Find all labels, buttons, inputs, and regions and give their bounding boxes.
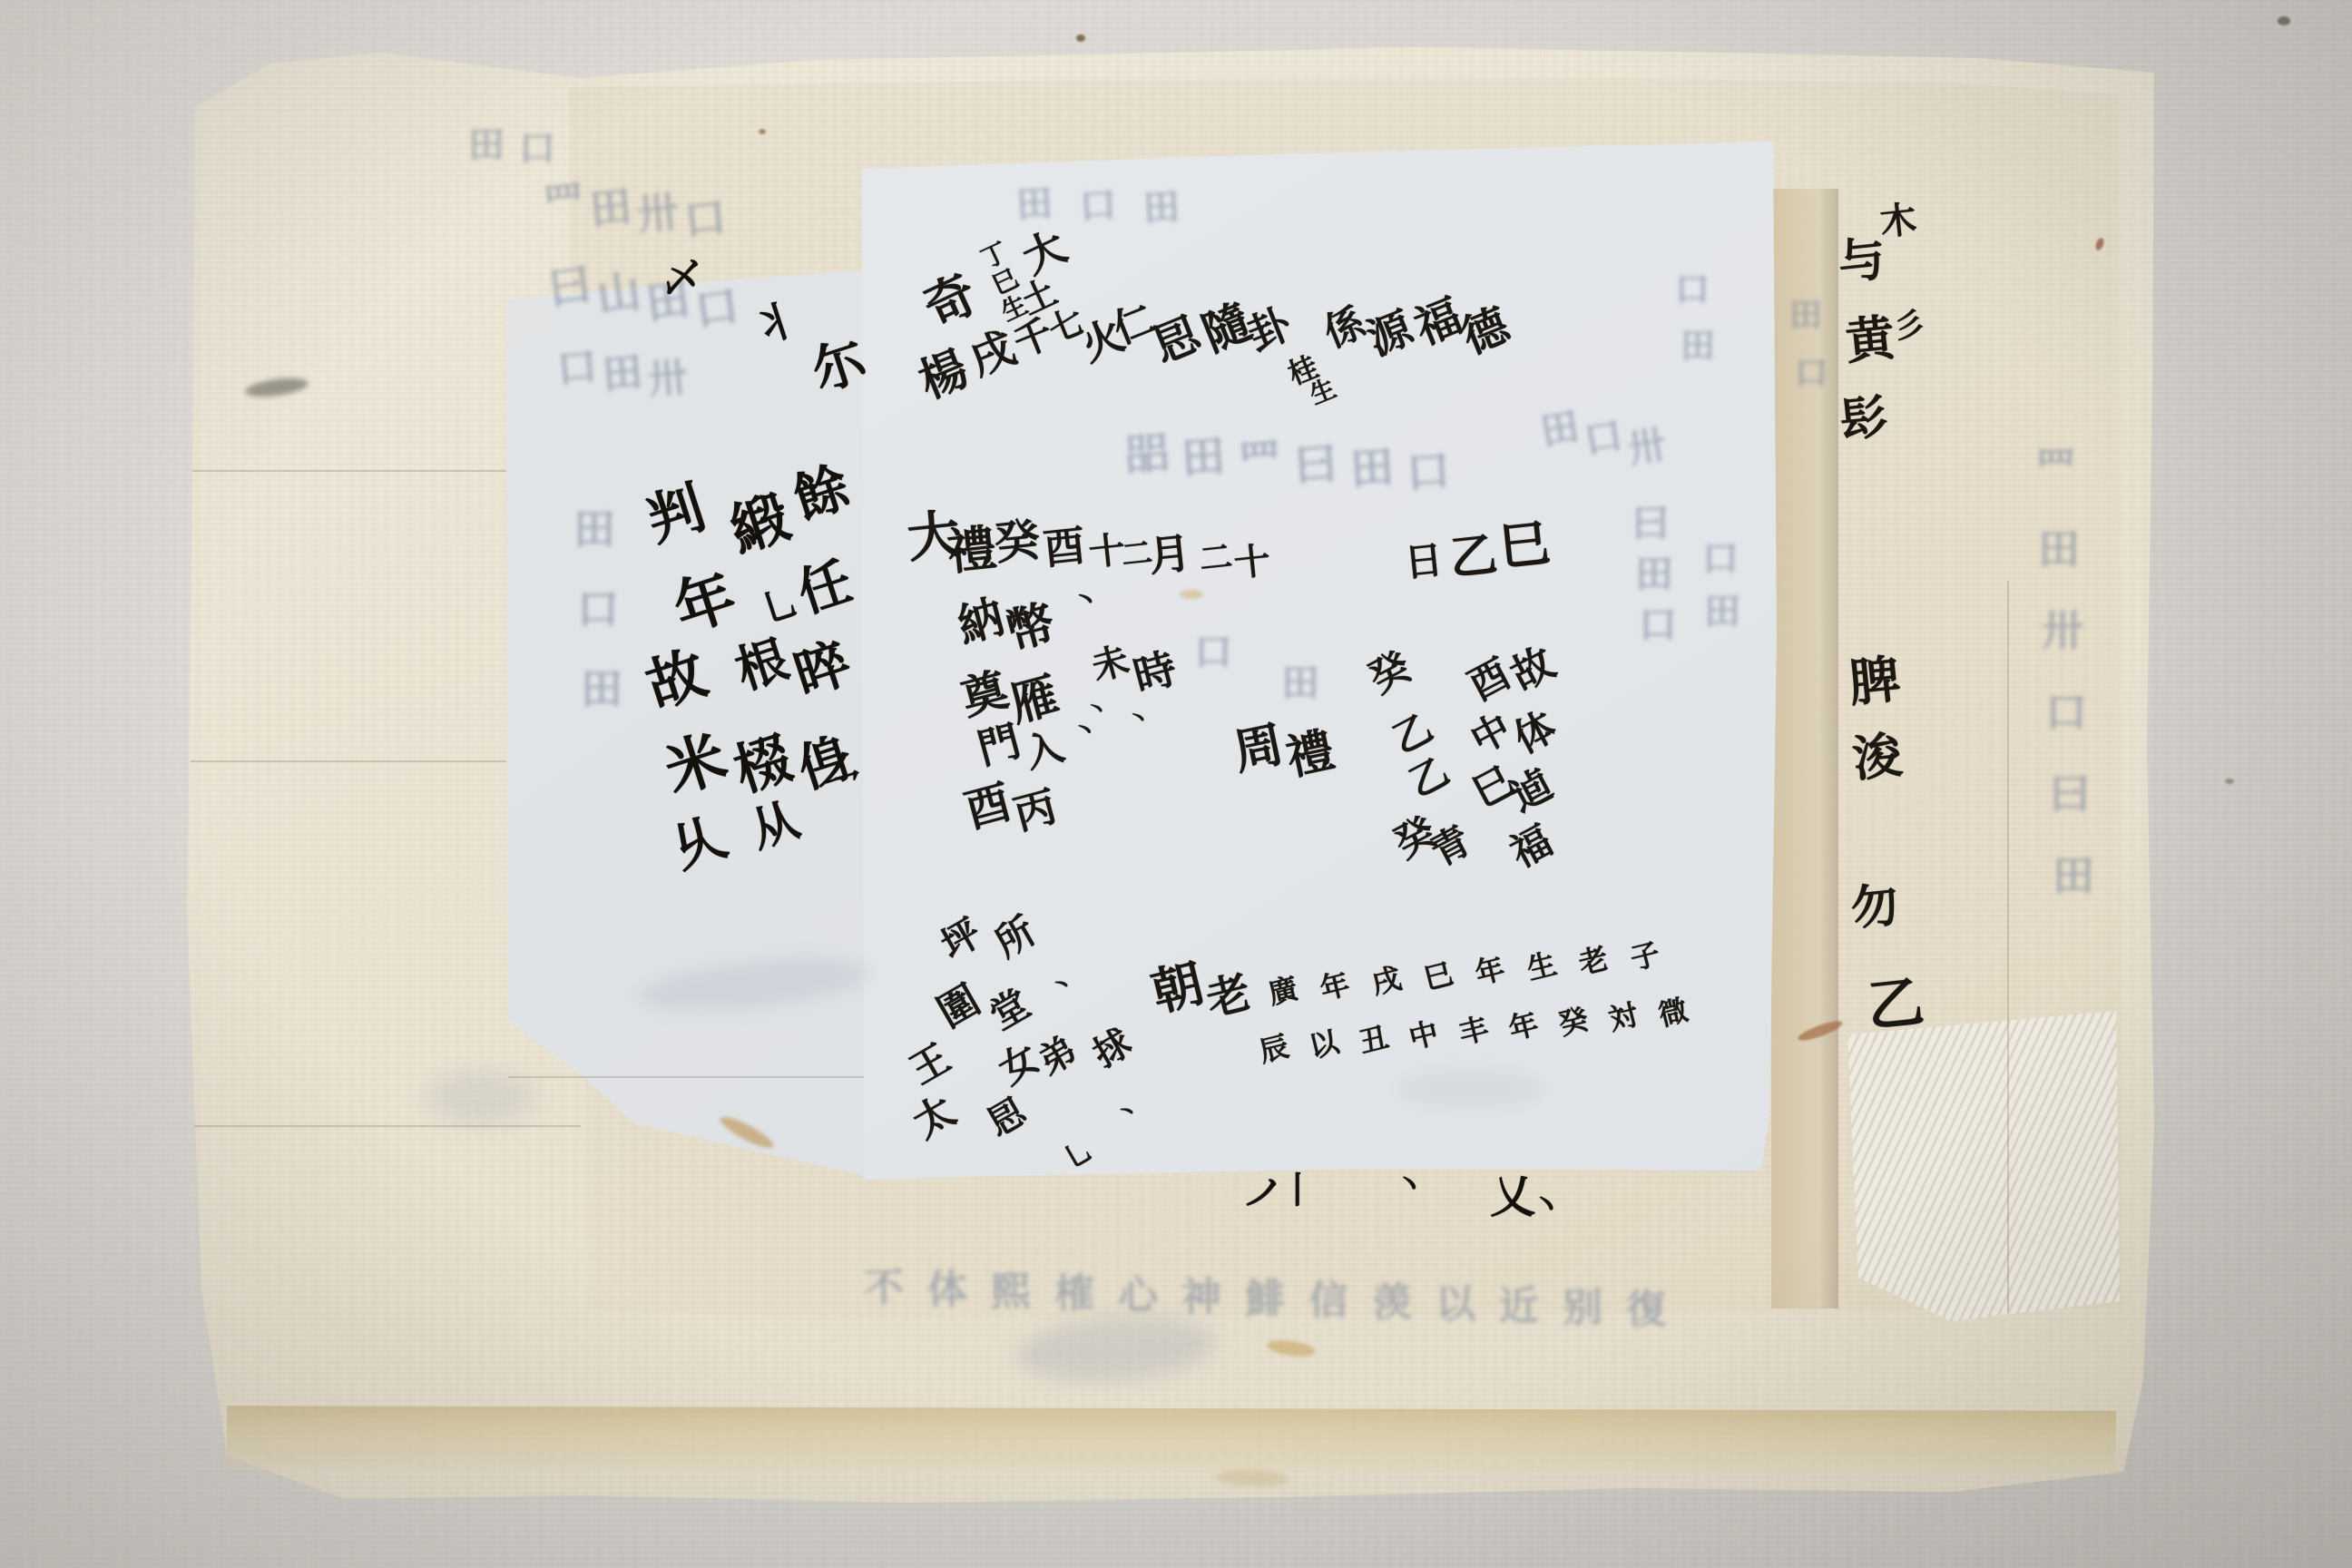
napye-jeonan-glyph: 丶 bbox=[1070, 585, 1103, 619]
ghost-right-strip-col-glyph: 曰 bbox=[2049, 773, 2091, 815]
right-margin-column-glyph: 乙 bbox=[1865, 974, 1926, 1035]
right-margin-column-glyph: 与 bbox=[1836, 235, 1887, 287]
ghost-topsheet-row-glyph: 曰 bbox=[1292, 441, 1338, 487]
small-line-1-glyph: 老 bbox=[1576, 944, 1612, 979]
small-line-1-glyph: 子 bbox=[1628, 938, 1663, 974]
ghost-topsheet-right-glyph: 卅 bbox=[1625, 426, 1670, 470]
napye-jeonan-glyph: 丶 bbox=[1124, 705, 1153, 734]
ghost-bottom-row-glyph: 信 bbox=[1308, 1281, 1349, 1322]
date-line-glyph: 乙 bbox=[1447, 531, 1499, 583]
date-line-glyph: 禮 bbox=[945, 524, 998, 577]
right-margin-column-glyph: 木 bbox=[1878, 201, 1918, 241]
bold-left-sheet-glyph: 年 bbox=[667, 565, 742, 641]
right-margin-column-glyph: 勿 bbox=[1848, 881, 1900, 933]
bold-left-sheet-glyph: 晬 bbox=[788, 635, 857, 704]
right-margin-column-glyph: 浚 bbox=[1850, 730, 1904, 784]
jurye-glyph: 周 bbox=[1230, 720, 1288, 778]
edge-fragments-glyph: 丶 bbox=[1530, 1191, 1563, 1223]
napye-jeonan-glyph: 納 bbox=[953, 593, 1008, 649]
header-line-glyph: 卦 bbox=[1242, 302, 1297, 357]
ghost-mid-sparse-glyph: 口 bbox=[1194, 633, 1232, 671]
edge-fragments-glyph: 丨 bbox=[1279, 1172, 1316, 1209]
bold-left-sheet-glyph: 米 bbox=[658, 727, 733, 802]
bottom-left-cluster-glyph: 堂 bbox=[984, 984, 1035, 1035]
ghost-right-strip-col-glyph: 卅 bbox=[2042, 610, 2083, 652]
ghost-top-ne-glyph: 口 bbox=[1675, 272, 1710, 307]
saju-grid-glyph: 癸 bbox=[1363, 646, 1417, 701]
ghost-right-strip-col-glyph: 口 bbox=[2045, 691, 2087, 733]
small-line-2-glyph: 対 bbox=[1606, 1000, 1641, 1035]
ghost-bottom-row-glyph: 近 bbox=[1499, 1287, 1540, 1328]
ghost-topsheet-right-glyph: 口 bbox=[1582, 416, 1626, 461]
ghost-strip-top-glyph: 口 bbox=[1795, 358, 1828, 390]
ghost-top-blocks-glyph: 口 bbox=[519, 131, 555, 167]
bottom-left-cluster-glyph: 坪 bbox=[935, 913, 986, 965]
right-margin-column-glyph: 黄 bbox=[1843, 313, 1896, 367]
bold-left-sheet-glyph: 乚 bbox=[758, 583, 803, 629]
saju-grid-glyph: 逌 bbox=[1504, 764, 1559, 818]
ghost-strip-top-glyph: 田 bbox=[1789, 299, 1822, 332]
jurye-glyph: 禮 bbox=[1282, 727, 1338, 783]
bold-left-sheet-glyph: 故 bbox=[641, 644, 714, 718]
bold-left-sheet-glyph: 从 bbox=[745, 796, 805, 856]
bottom-left-cluster-glyph: 圍 bbox=[932, 980, 986, 1034]
ghost-right-strip-col-glyph: 罒 bbox=[2034, 446, 2076, 488]
ghost-bottom-row-glyph: 榷 bbox=[1054, 1274, 1095, 1315]
ghost-top-col1-glyph: 曰 bbox=[1632, 505, 1670, 543]
ghost-under-top-edge-glyph: 田 bbox=[1015, 185, 1053, 223]
small-line-1-glyph: 廣 bbox=[1266, 974, 1301, 1009]
small-line-2-glyph: 㣲 bbox=[1656, 995, 1691, 1031]
ghost-bottom-row-glyph: 復 bbox=[1626, 1290, 1667, 1331]
ghost-top-col2-glyph: 田 bbox=[1704, 593, 1740, 630]
bottom-left-cluster-glyph: 丶 bbox=[1112, 1097, 1144, 1130]
bottom-left-cluster-glyph: 乚 bbox=[1061, 1137, 1098, 1174]
date-line-glyph: 日 bbox=[1403, 541, 1445, 583]
small-line-2-glyph: 年 bbox=[1506, 1009, 1542, 1044]
bold-left-sheet-glyph: 丬 bbox=[748, 298, 800, 350]
photo-stage: 罒田卅口曰山田口口田卅田口田田口田㗊田罒曰田口田口卅曰田口口田口田口田罒田卅口曰… bbox=[0, 0, 2352, 1568]
right-margin-column-glyph: 脾 bbox=[1847, 654, 1903, 710]
date-line-glyph: 癸 bbox=[993, 517, 1043, 567]
ghost-topsheet-row-glyph: 田 bbox=[1180, 434, 1226, 480]
saju-grid-glyph: 体 bbox=[1508, 706, 1563, 760]
ghost-bottom-row-glyph: 别 bbox=[1563, 1289, 1603, 1329]
ghost-right-strip-col-glyph: 田 bbox=[2053, 855, 2094, 897]
small-line-2-glyph: 癸 bbox=[1556, 1004, 1592, 1040]
bold-left-sheet-glyph: 任 bbox=[791, 554, 857, 620]
ghost-midsheet-3-glyph: 卅 bbox=[646, 358, 690, 401]
ghost-midsheet-1-glyph: 罒 bbox=[541, 180, 587, 226]
date-line-glyph: 酉 bbox=[1042, 524, 1088, 571]
bottom-left-cluster-glyph: 捄 bbox=[1088, 1024, 1138, 1074]
header-small-glyph: 奇 bbox=[917, 269, 985, 336]
small-line-1-glyph: 年 bbox=[1318, 968, 1353, 1004]
ghost-bottom-row-glyph: 神 bbox=[1181, 1278, 1222, 1318]
small-line-2-glyph: 丑 bbox=[1357, 1023, 1392, 1058]
header-line-glyph: 係 bbox=[1318, 302, 1370, 354]
bold-left-sheet-glyph: 判 bbox=[641, 479, 711, 550]
napye-jeonan-glyph: 丶 bbox=[1083, 696, 1112, 725]
napye-jeonan-glyph: 幣 bbox=[1002, 599, 1060, 657]
edge-fragments-glyph: 丶 bbox=[1394, 1171, 1425, 1201]
napye-jeonan-glyph: 奠 bbox=[956, 666, 1012, 721]
ghost-mid-sparse-glyph: 田 bbox=[1281, 664, 1319, 702]
bold-left-sheet-glyph: 乛 bbox=[823, 769, 871, 817]
bold-left-sheet-glyph: 棳 bbox=[728, 730, 799, 800]
edge-fragments-glyph: 乄 bbox=[664, 260, 702, 298]
ghost-top-col1-glyph: 田 bbox=[1635, 555, 1673, 593]
header-line-glyph: 生 bbox=[1307, 376, 1339, 408]
bottom-left-cluster-glyph: 王 bbox=[904, 1038, 955, 1090]
napye-jeonan-glyph: 時 bbox=[1130, 647, 1181, 698]
date-line-glyph: 巳 bbox=[1496, 518, 1553, 574]
date-line-glyph: 十 bbox=[1232, 543, 1272, 583]
ghost-under-top-edge-glyph: 口 bbox=[1079, 187, 1117, 225]
small-line-2-glyph: 丰 bbox=[1456, 1014, 1492, 1049]
ghost-topsheet-row-glyph: 㗊 bbox=[1123, 430, 1170, 476]
bold-left-sheet-glyph: 尓 bbox=[806, 332, 872, 398]
small-line-2-glyph: 辰 bbox=[1257, 1032, 1292, 1067]
bottom-left-cluster-glyph: 丶 bbox=[1046, 970, 1079, 1003]
small-line-1-glyph: 戌 bbox=[1369, 964, 1405, 999]
bottom-left-cluster-glyph: 太 bbox=[907, 1091, 962, 1145]
small-line-1-glyph: 巳 bbox=[1421, 958, 1456, 994]
ghost-topsheet-right-glyph: 田 bbox=[1538, 407, 1583, 452]
small-line-1-glyph: 生 bbox=[1524, 948, 1560, 984]
ghost-midsheet-col-glyph: 口 bbox=[577, 588, 619, 630]
ghost-midsheet-3-glyph: 口 bbox=[555, 347, 599, 390]
ghost-top-blocks-glyph: 田 bbox=[468, 127, 505, 163]
ghost-under-top-edge-glyph: 田 bbox=[1142, 189, 1181, 227]
jo-block-glyph: 朝 bbox=[1147, 958, 1209, 1020]
ghost-midsheet-1-glyph: 卅 bbox=[635, 191, 681, 237]
edge-fragments-glyph: 乂 bbox=[1490, 1174, 1535, 1220]
ghost-midsheet-3-glyph: 田 bbox=[601, 352, 644, 396]
ghost-bottom-row-glyph: 羡 bbox=[1372, 1283, 1413, 1324]
bottom-left-cluster-glyph: 所 bbox=[989, 911, 1041, 963]
right-margin-column-glyph: 髟 bbox=[1837, 393, 1889, 445]
bottom-left-cluster-glyph: 㤙 bbox=[983, 1093, 1033, 1143]
saju-grid-glyph: 福 bbox=[1504, 820, 1559, 875]
ghost-bottom-row-glyph: 不 bbox=[864, 1269, 905, 1309]
ghost-midsheet-col-glyph: 田 bbox=[573, 508, 615, 550]
ink-layer: 罒田卅口曰山田口口田卅田口田田口田㗊田罒曰田口田口卅曰田口口田口田口田罒田卅口曰… bbox=[0, 0, 2352, 1568]
ghost-bottom-row-glyph: 鯡 bbox=[1245, 1279, 1286, 1320]
ghost-top-col2-glyph: 口 bbox=[1702, 541, 1739, 577]
ghost-topsheet-row-glyph: 口 bbox=[1405, 448, 1451, 495]
ghost-topsheet-row-glyph: 罒 bbox=[1236, 437, 1282, 484]
ghost-bottom-row-glyph: 体 bbox=[927, 1270, 968, 1311]
header-line-glyph: 楊 bbox=[913, 345, 975, 407]
bold-left-sheet-glyph: 根 bbox=[730, 634, 795, 699]
small-line-1-glyph: 年 bbox=[1473, 954, 1508, 989]
date-line-glyph: 二 bbox=[1198, 541, 1234, 577]
ghost-bottom-row-glyph: 以 bbox=[1436, 1285, 1476, 1326]
napye-jeonan-glyph: 未 bbox=[1089, 642, 1133, 687]
ghost-midsheet-1-glyph: 口 bbox=[682, 196, 729, 242]
bold-left-sheet-glyph: 乆 bbox=[666, 809, 732, 876]
napye-jeonan-glyph: 入 bbox=[1021, 727, 1067, 773]
date-line-glyph: 月 bbox=[1147, 532, 1193, 578]
ghost-bottom-row-glyph: 心 bbox=[1118, 1276, 1159, 1317]
ghost-midsheet-2-glyph: 山 bbox=[594, 269, 643, 318]
ghost-top-ne-glyph: 田 bbox=[1681, 328, 1715, 363]
jo-block-glyph: 老 bbox=[1202, 970, 1255, 1023]
ghost-midsheet-2-glyph: 曰 bbox=[545, 262, 594, 311]
right-margin-column-glyph: 彡 bbox=[1891, 309, 1927, 345]
ghost-bottom-row-glyph: 熙 bbox=[991, 1272, 1032, 1313]
napye-jeonan-glyph: 丙 bbox=[1010, 785, 1061, 836]
small-line-2-glyph: 以 bbox=[1307, 1027, 1342, 1063]
ghost-topsheet-row-glyph: 田 bbox=[1348, 445, 1395, 491]
ghost-midsheet-col-glyph: 田 bbox=[581, 668, 622, 710]
saju-grid-glyph: 中 bbox=[1465, 709, 1517, 760]
header-line-glyph: 德 bbox=[1455, 301, 1514, 360]
napye-jeonan-glyph: 酉 bbox=[960, 779, 1015, 834]
bold-left-sheet-glyph: 餘 bbox=[788, 459, 857, 528]
ghost-top-col1-glyph: 口 bbox=[1639, 606, 1677, 644]
small-line-2-glyph: 中 bbox=[1406, 1018, 1442, 1053]
ghost-midsheet-1-glyph: 田 bbox=[588, 185, 634, 231]
ghost-right-strip-col-glyph: 田 bbox=[2038, 528, 2080, 570]
bold-left-sheet-glyph: 緞 bbox=[724, 488, 798, 562]
